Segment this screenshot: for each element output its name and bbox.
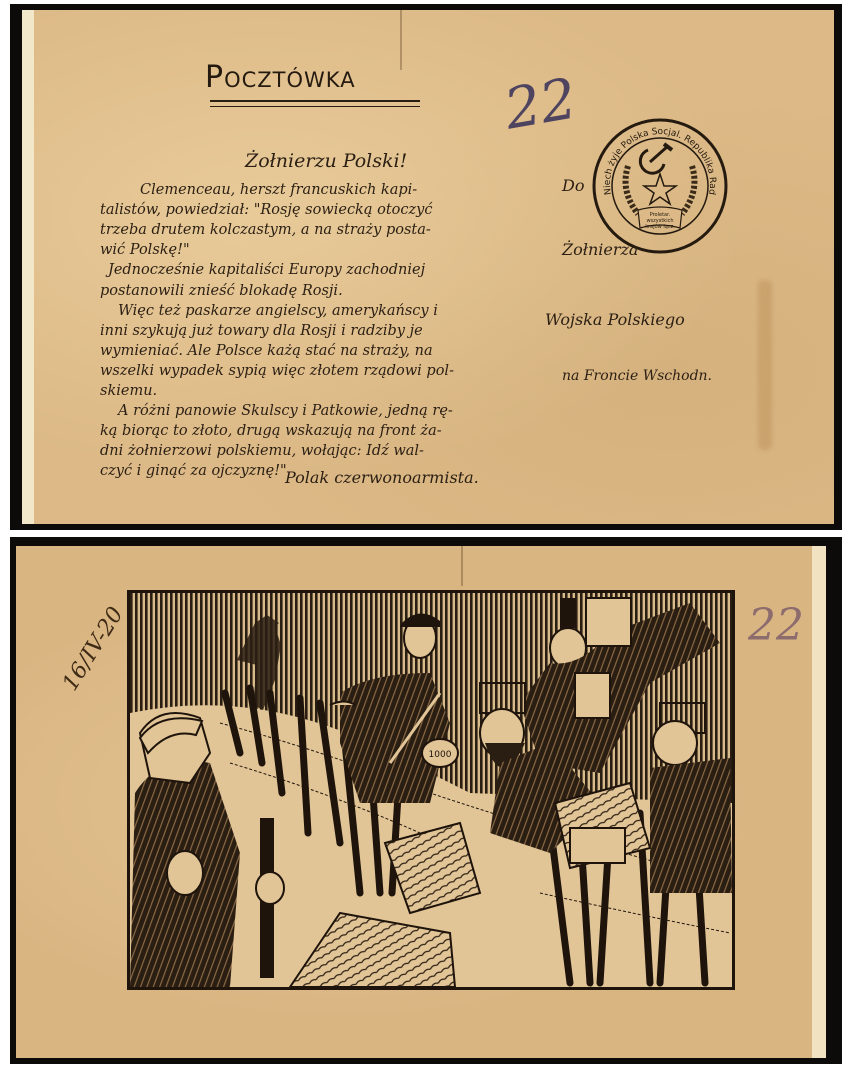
letter-line: postanowili znieść blokadę Rosji. xyxy=(100,283,343,299)
svg-text:1000: 1000 xyxy=(429,750,452,760)
address-recipient: Żołnierza xyxy=(562,240,638,259)
paper-edge xyxy=(22,10,34,524)
address-front: na Froncie Wschodn. xyxy=(562,368,712,384)
letter-line: trzeba drutem kolczastym, a na straży po… xyxy=(100,222,431,238)
woodcut-illustration: 1000 xyxy=(127,590,735,990)
archive-number: 22 xyxy=(500,66,581,142)
letter-line: inni szykują już towary dla Rosji i radz… xyxy=(100,323,423,339)
letter-line: Clemenceau, herszt francuskich kapi- xyxy=(140,182,417,198)
archive-number-back: 22 xyxy=(748,600,804,651)
address-prefix: Do xyxy=(562,176,584,195)
letter-line: ką biorąc to złoto, drugą wskazują na fr… xyxy=(100,423,442,439)
letter-line: talistów, powiedział: "Rosję sowiecką ot… xyxy=(100,202,432,218)
letter-line: Więc też paskarze angielscy, amerykańscy… xyxy=(118,303,438,319)
letter-line: wić Polskę!" xyxy=(100,242,190,258)
letter-line: dni żołnierzowi polskiemu, wołając: Idź … xyxy=(100,443,424,459)
stain xyxy=(758,280,772,450)
stamp-emblem-icon: Niech żyje Polska Socjal. Republika Rad … xyxy=(590,116,730,256)
postcard-heading: Pocztówka xyxy=(205,60,356,95)
soviet-poland-stamp: Niech żyje Polska Socjal. Republika Rad … xyxy=(590,116,730,256)
letter-line: czyć i ginąć za ojczyznę!" xyxy=(100,463,287,479)
letter-signature: Polak czerwonoarmista. xyxy=(285,468,479,487)
svg-text:krajów łącz.: krajów łącz. xyxy=(645,223,675,230)
letter-line: skiemu. xyxy=(100,383,157,399)
paper-edge xyxy=(812,546,826,1058)
letter-line: A różni panowie Skulscy i Patkowie, jedn… xyxy=(118,403,453,419)
letter-line: Jednocześnie kapitaliści Europy zachodni… xyxy=(108,262,425,278)
letter-line: wszelki wypadek sypią więc złotem rządow… xyxy=(100,363,454,379)
heading-underline xyxy=(210,100,420,107)
letter-greeting: Żołnierzu Polski! xyxy=(245,150,407,172)
address-unit: Wojska Polskiego xyxy=(545,310,685,329)
propaganda-cartoon-icon: 1000 xyxy=(130,593,732,987)
letter-line: wymieniać. Ale Polsce każą stać na straż… xyxy=(100,343,433,359)
crease xyxy=(461,546,463,586)
crease xyxy=(400,10,402,70)
